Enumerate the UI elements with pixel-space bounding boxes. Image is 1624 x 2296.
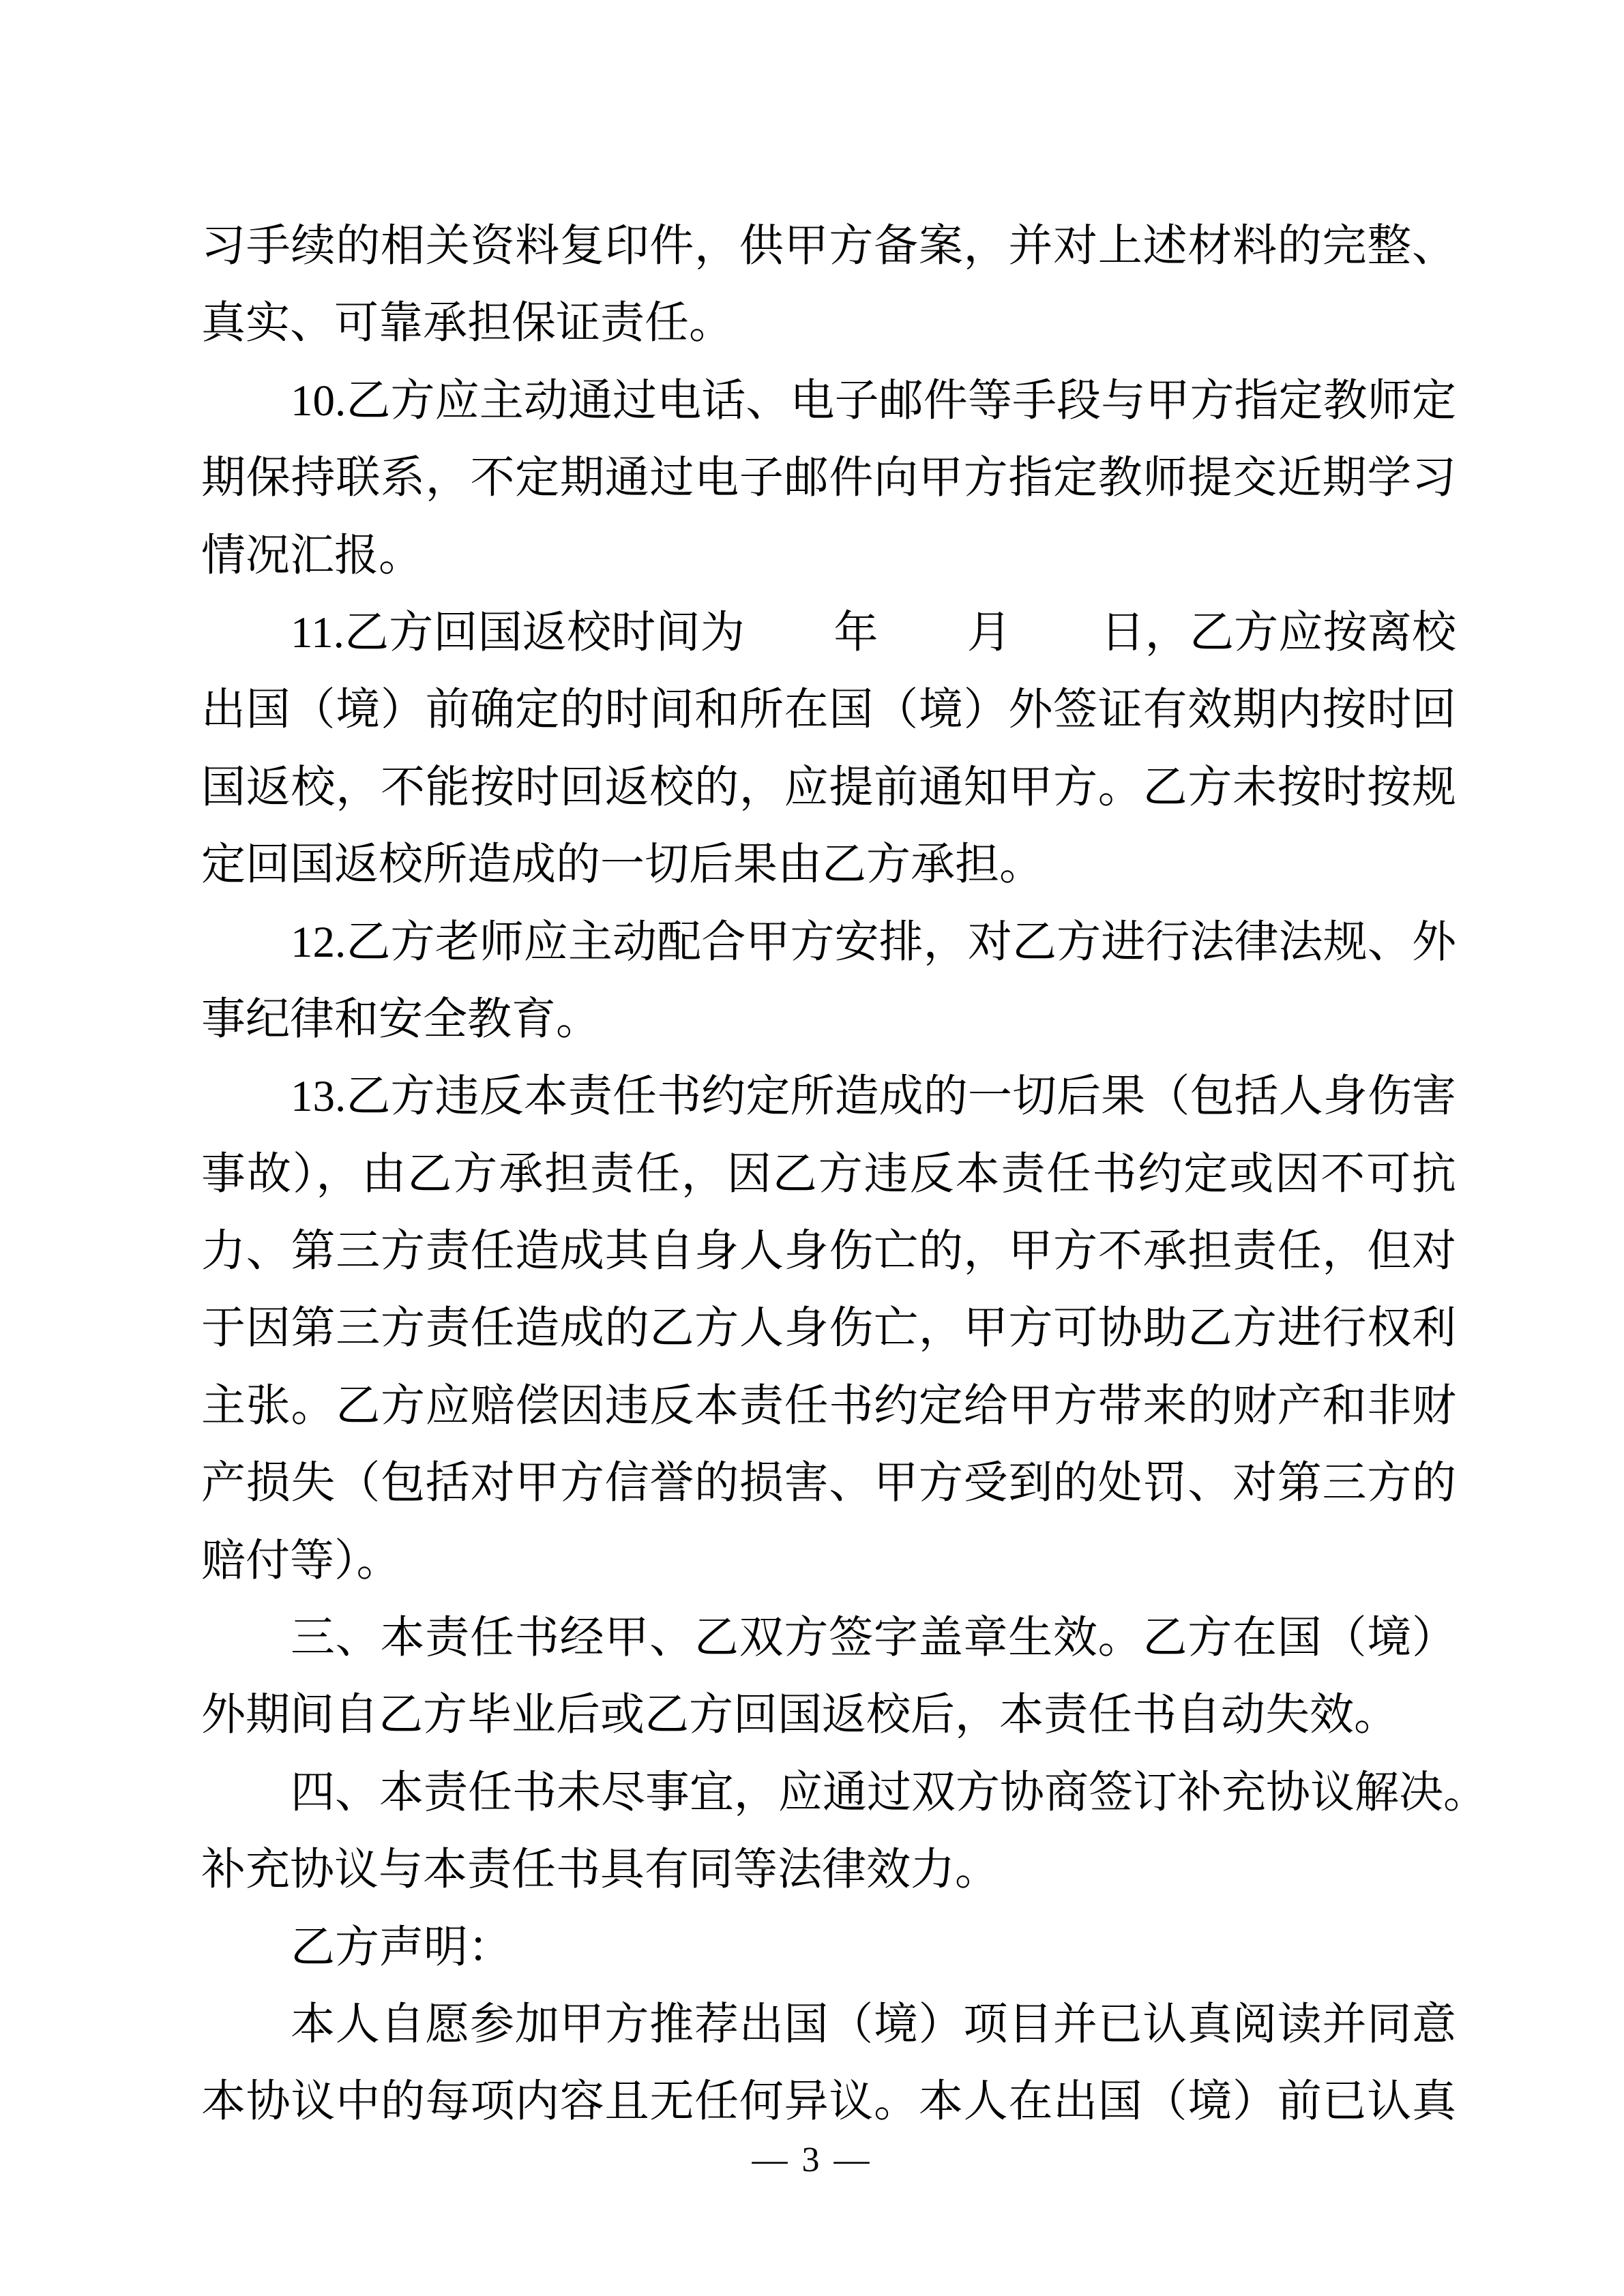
declaration-line: 本人自愿参加甲方推荐出国（境）项目并已认真阅读并同意 xyxy=(201,1986,1456,2063)
section-4-line: 四、本责任书未尽事宜，应通过双方协商签订补充协议解决。 xyxy=(201,1755,1456,1832)
declaration-line: 本协议中的每项内容且无任何异议。本人在出国（境）前已认真 xyxy=(201,2063,1456,2141)
document-body: 习手续的相关资料复印件，供甲方备案，并对上述材料的完整、 真实、可靠承担保证责任… xyxy=(201,208,1456,2141)
clause-13-line: 赔付等）。 xyxy=(201,1523,1456,1600)
clause-13-line: 产损失（包括对甲方信誉的损害、甲方受到的处罚、对第三方的 xyxy=(201,1445,1456,1522)
clause-10-line: 10.乙方应主动通过电话、电子邮件等手段与甲方指定教师定 xyxy=(201,363,1456,440)
clause-13-line: 事故），由乙方承担责任，因乙方违反本责任书约定或因不可抗 xyxy=(201,1136,1456,1213)
clause-11-line: 11.乙方回国返校时间为 年 月 日，乙方应按离校 xyxy=(201,595,1456,672)
section-3-line: 外期间自乙方毕业后或乙方回国返校后，本责任书自动失效。 xyxy=(201,1677,1456,1754)
clause-10-line: 情况汇报。 xyxy=(201,518,1456,595)
section-4-line: 补充协议与本责任书具有同等法律效力。 xyxy=(201,1832,1456,1909)
clause-11-line: 定回国返校所造成的一切后果由乙方承担。 xyxy=(201,826,1456,904)
clause-13-line: 主张。乙方应赔偿因违反本责任书约定给甲方带来的财产和非财 xyxy=(201,1368,1456,1445)
text-line: 真实、可靠承担保证责任。 xyxy=(201,285,1456,362)
clause-13-line: 力、第三方责任造成其自身人身伤亡的，甲方不承担责任，但对 xyxy=(201,1213,1456,1290)
page-number: — 3 — xyxy=(0,2133,1624,2188)
clause-10-line: 期保持联系，不定期通过电子邮件向甲方指定教师提交近期学习 xyxy=(201,440,1456,517)
section-3-line: 三、本责任书经甲、乙双方签字盖章生效。乙方在国（境） xyxy=(201,1600,1456,1677)
clause-11-line: 国返校，不能按时回返校的，应提前通知甲方。乙方未按时按规 xyxy=(201,749,1456,826)
clause-11-line: 出国（境）前确定的时间和所在国（境）外签证有效期内按时回 xyxy=(201,672,1456,749)
text-line: 习手续的相关资料复印件，供甲方备案，并对上述材料的完整、 xyxy=(201,208,1456,285)
clause-13-line: 13.乙方违反本责任书约定所造成的一切后果（包括人身伤害 xyxy=(201,1058,1456,1135)
document-page: 习手续的相关资料复印件，供甲方备案，并对上述材料的完整、 真实、可靠承担保证责任… xyxy=(0,0,1624,2296)
clause-13-line: 于因第三方责任造成的乙方人身伤亡，甲方可协助乙方进行权利 xyxy=(201,1290,1456,1367)
clause-12-line: 事纪律和安全教育。 xyxy=(201,981,1456,1058)
declaration-heading: 乙方声明： xyxy=(201,1909,1456,1986)
clause-12-line: 12.乙方老师应主动配合甲方安排，对乙方进行法律法规、外 xyxy=(201,904,1456,981)
